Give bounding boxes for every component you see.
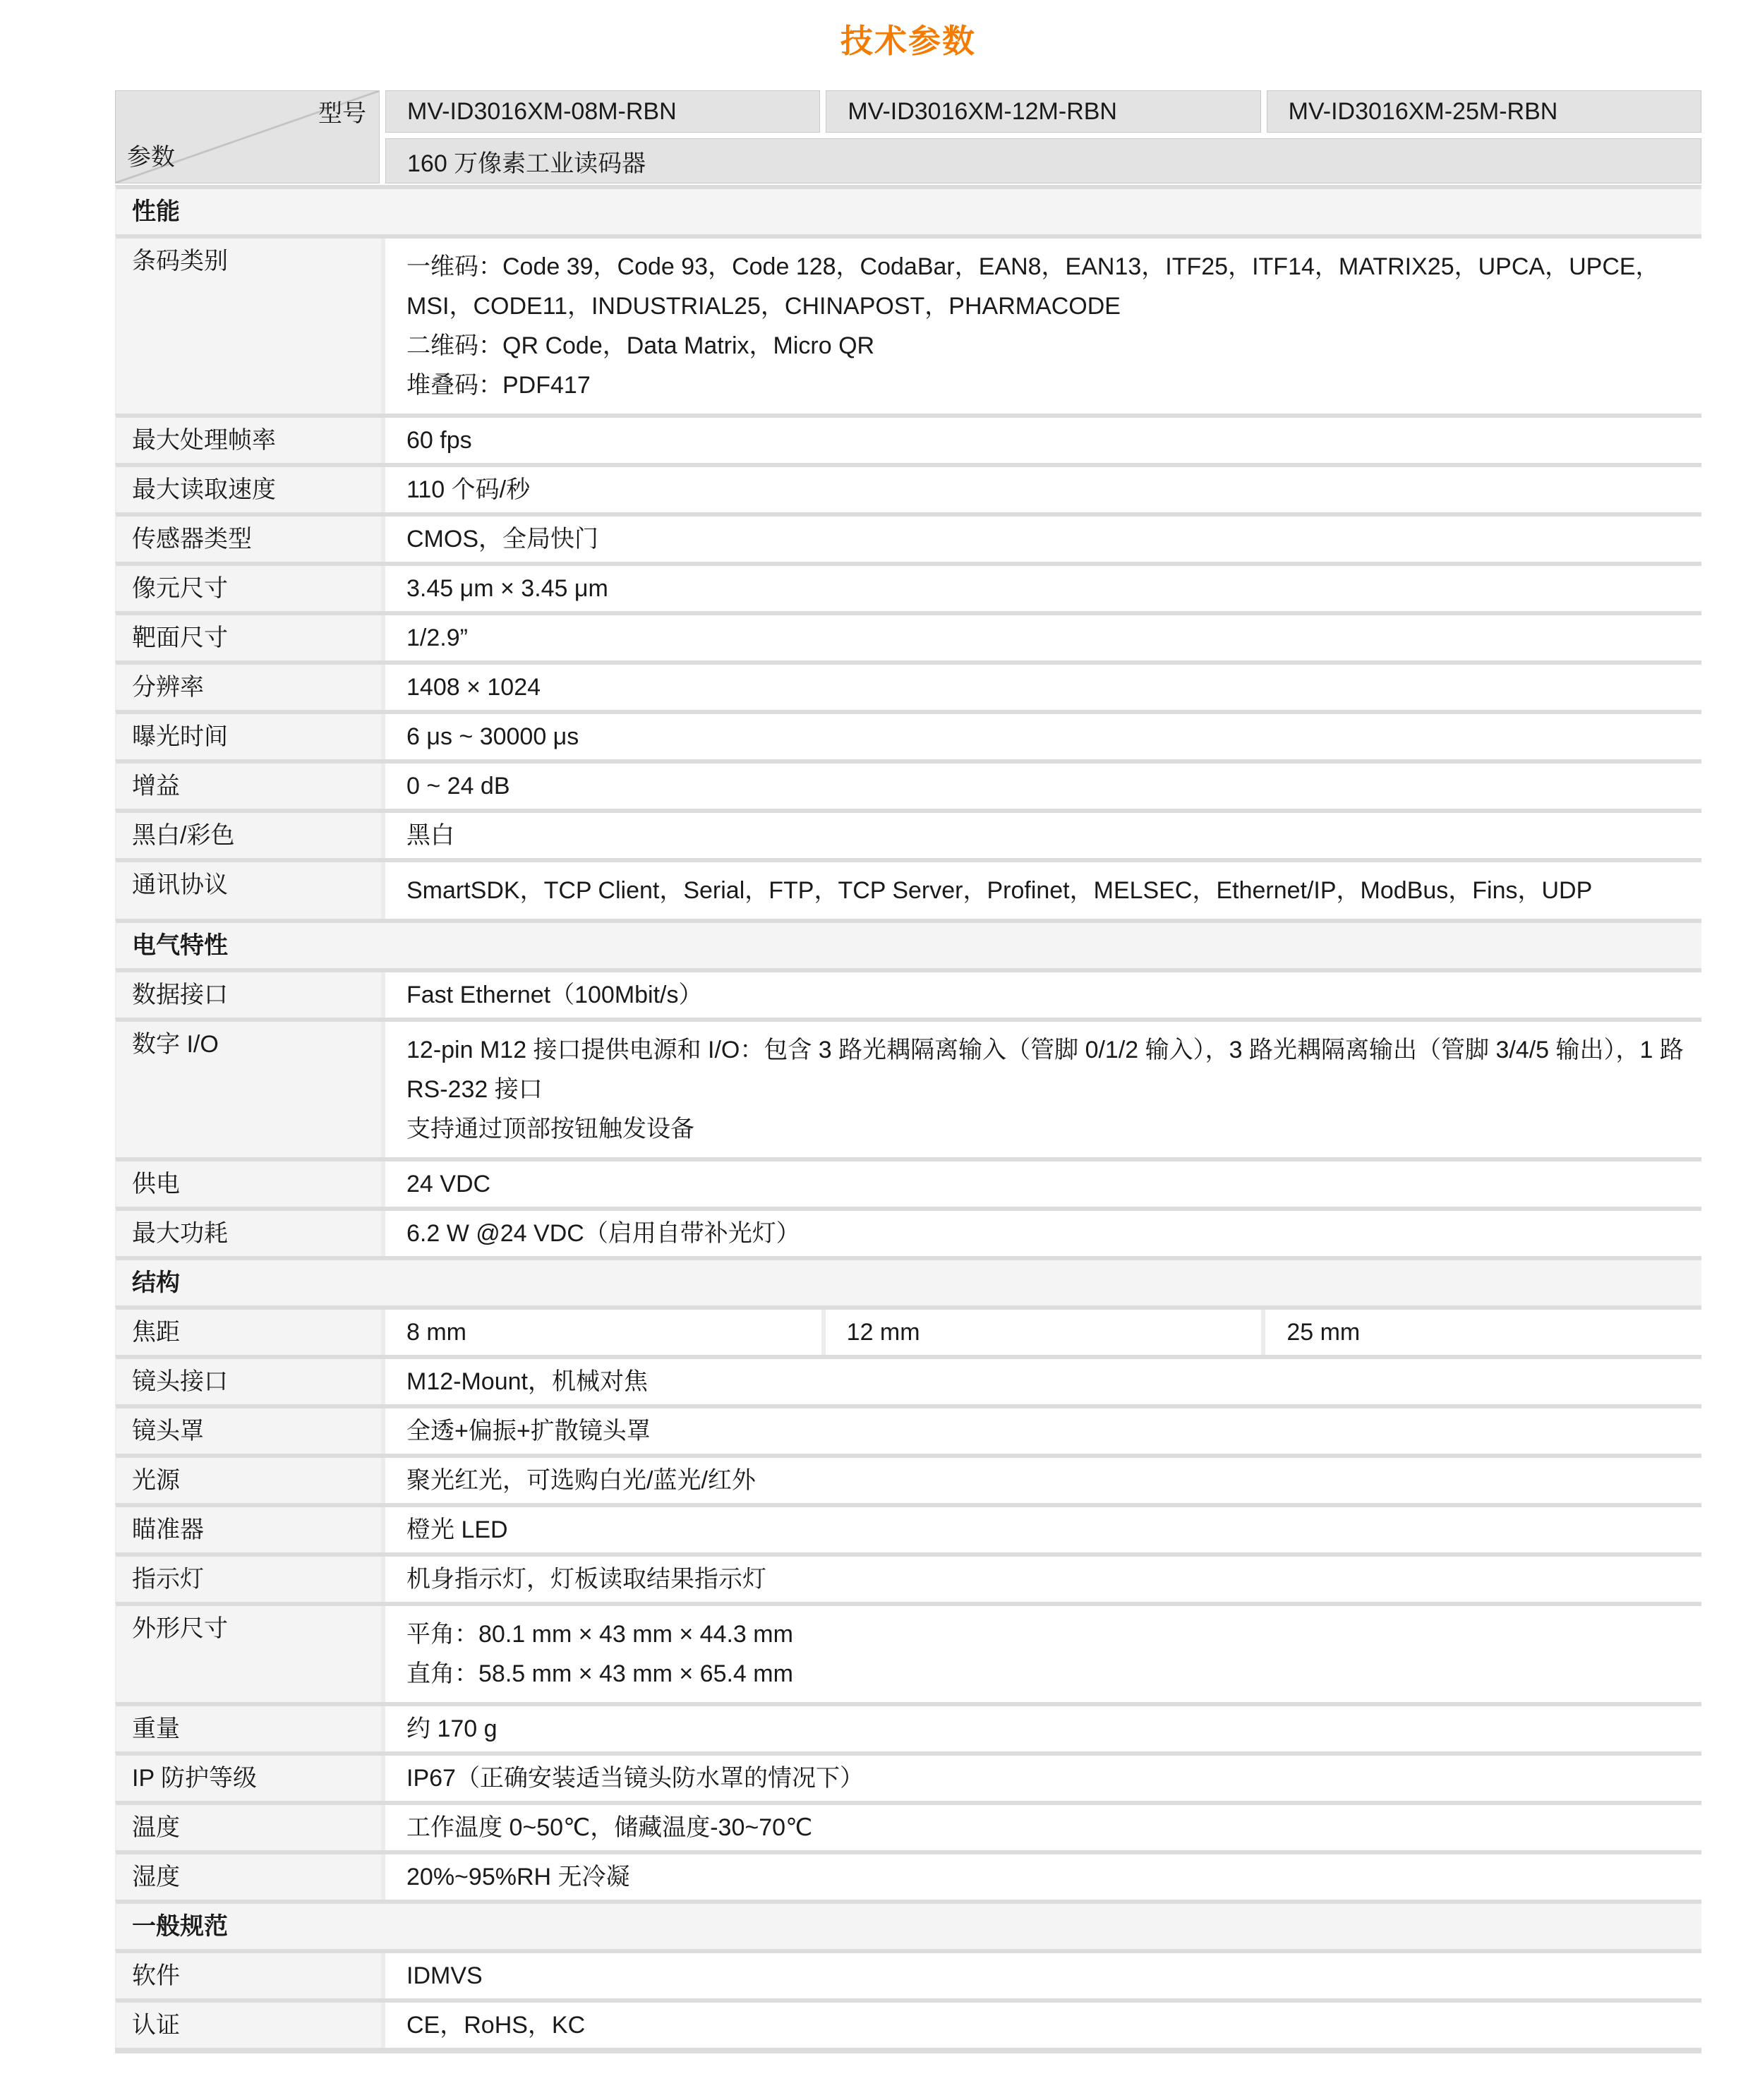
spec-row: 重量约 170 g — [115, 1702, 1701, 1751]
spec-row: 瞄准器橙光 LED — [115, 1503, 1701, 1552]
section-title: 性能 — [116, 189, 1701, 234]
value-line: 3.45 μm × 3.45 μm — [406, 574, 1684, 603]
value-line: 一维码：Code 39，Code 93，Code 128，CodaBar，EAN… — [406, 247, 1684, 326]
row-label: 靶面尺寸 — [116, 615, 381, 660]
value-cell: 平角：80.1 mm × 43 mm × 44.3 mm直角：58.5 mm ×… — [385, 1606, 1701, 1702]
spec-row: 光源聚光红光，可选购白光/蓝光/红外 — [115, 1454, 1701, 1503]
value-line: 直角：58.5 mm × 43 mm × 65.4 mm — [406, 1654, 1684, 1694]
family-description-cell: 160 万像素工业读码器 — [385, 138, 1701, 183]
value-line: CE，RoHS，KC — [406, 2011, 1684, 2039]
corner-label-param: 参数 — [127, 143, 175, 171]
row-label: 供电 — [116, 1161, 381, 1207]
value-cell: 12-pin M12 接口提供电源和 I/O：包含 3 路光耦隔离输入（管脚 0… — [385, 1022, 1701, 1157]
spec-row: 最大功耗6.2 W @24 VDC（启用自带补光灯） — [115, 1207, 1701, 1256]
value-cell: 0 ~ 24 dB — [385, 764, 1701, 809]
spec-row: 认证CE，RoHS，KC — [115, 1998, 1701, 2048]
section-row: 一般规范 — [115, 1900, 1701, 1949]
spec-row: 通讯协议SmartSDK，TCP Client，Serial，FTP，TCP S… — [115, 858, 1701, 919]
row-label: 曝光时间 — [116, 714, 381, 759]
value-cell: 机身指示灯，灯板读取结果指示灯 — [385, 1557, 1701, 1602]
spec-row: 焦距8 mm12 mm25 mm — [115, 1305, 1701, 1355]
value-line: 6.2 W @24 VDC（启用自带补光灯） — [406, 1219, 1684, 1248]
spec-row: 指示灯机身指示灯，灯板读取结果指示灯 — [115, 1552, 1701, 1602]
spec-row: 靶面尺寸1/2.9” — [115, 611, 1701, 660]
value-cell: M12-Mount，机械对焦 — [385, 1359, 1701, 1404]
row-label: 数字 I/O — [116, 1022, 381, 1157]
value-cell: 全透+偏振+扩散镜头罩 — [385, 1408, 1701, 1454]
value-cell: 6 μs ~ 30000 μs — [385, 714, 1701, 759]
value-line: 1/2.9” — [406, 624, 1684, 652]
header-right: MV-ID3016XM-08M-RBNMV-ID3016XM-12M-RBNMV… — [385, 90, 1701, 183]
value-line: 20%~95%RH 无冷凝 — [406, 1863, 1684, 1891]
value-cell: 约 170 g — [385, 1706, 1701, 1751]
spec-row: 增益0 ~ 24 dB — [115, 759, 1701, 809]
value-cell: 24 VDC — [385, 1161, 1701, 1207]
value-cell: 6.2 W @24 VDC（启用自带补光灯） — [385, 1211, 1701, 1256]
value-line: 黑白 — [406, 821, 1684, 850]
value-line: 110 个码/秒 — [406, 476, 1684, 504]
value-line: 支持通过顶部按钮触发设备 — [406, 1109, 1684, 1149]
value-cell: IDMVS — [385, 1953, 1701, 1998]
row-label: 软件 — [116, 1953, 381, 1998]
value-cell: SmartSDK，TCP Client，Serial，FTP，TCP Serve… — [385, 862, 1701, 919]
corner-cell: 型号 参数 — [115, 90, 380, 183]
row-label: 镜头接口 — [116, 1359, 381, 1404]
row-label: 镜头罩 — [116, 1408, 381, 1454]
value-line: 橙光 LED — [406, 1516, 1684, 1544]
page-title: 技术参数 — [115, 18, 1701, 64]
value-cell: Fast Ethernet（100Mbit/s） — [385, 972, 1701, 1018]
spec-row: 温度工作温度 0~50℃，储藏温度-30~70℃ — [115, 1801, 1701, 1850]
value-cell: 工作温度 0~50℃，储藏温度-30~70℃ — [385, 1805, 1701, 1850]
row-label: 重量 — [116, 1706, 381, 1751]
spec-row: 曝光时间6 μs ~ 30000 μs — [115, 710, 1701, 759]
value-cell: 黑白 — [385, 813, 1701, 858]
value-cell: CMOS，全局快门 — [385, 517, 1701, 562]
spec-row: 最大读取速度110 个码/秒 — [115, 463, 1701, 512]
value-line: 工作温度 0~50℃，储藏温度-30~70℃ — [406, 1814, 1684, 1842]
spec-row: 条码类别一维码：Code 39，Code 93，Code 128，CodaBar… — [115, 234, 1701, 414]
value-line: SmartSDK，TCP Client，Serial，FTP，TCP Serve… — [406, 871, 1684, 910]
value-line: 60 fps — [406, 426, 1684, 454]
spec-row: IP 防护等级IP67（正确安装适当镜头防水罩的情况下） — [115, 1751, 1701, 1801]
value-cell: 25 mm — [1265, 1310, 1701, 1355]
row-label: 焦距 — [116, 1310, 381, 1355]
value-cell: 3.45 μm × 3.45 μm — [385, 566, 1701, 611]
value-cell: 1/2.9” — [385, 615, 1701, 660]
model-name-cell: MV-ID3016XM-08M-RBN — [385, 90, 820, 133]
row-label: 外形尺寸 — [116, 1606, 381, 1702]
row-label: 通讯协议 — [116, 862, 381, 919]
value-line: 机身指示灯，灯板读取结果指示灯 — [406, 1565, 1684, 1593]
row-label: 增益 — [116, 764, 381, 809]
value-line: IP67（正确安装适当镜头防水罩的情况下） — [406, 1764, 1684, 1792]
value-cell: 8 mm — [385, 1310, 821, 1355]
value-cell: 110 个码/秒 — [385, 467, 1701, 512]
model-row: MV-ID3016XM-08M-RBNMV-ID3016XM-12M-RBNMV… — [385, 90, 1701, 133]
value-line: 二维码：QR Code，Data Matrix，Micro QR — [406, 326, 1684, 366]
model-name-cell: MV-ID3016XM-12M-RBN — [826, 90, 1260, 133]
value-cell: 橙光 LED — [385, 1507, 1701, 1552]
value-cell: CE，RoHS，KC — [385, 2003, 1701, 2048]
spec-row: 数据接口Fast Ethernet（100Mbit/s） — [115, 968, 1701, 1018]
value-line: 1408 × 1024 — [406, 673, 1684, 701]
model-name-cell: MV-ID3016XM-25M-RBN — [1267, 90, 1701, 133]
row-label: 条码类别 — [116, 239, 381, 414]
spec-row: 湿度20%~95%RH 无冷凝 — [115, 1850, 1701, 1900]
row-label: 数据接口 — [116, 972, 381, 1018]
spec-row: 黑白/彩色黑白 — [115, 809, 1701, 858]
spec-row: 供电24 VDC — [115, 1157, 1701, 1207]
value-line: 聚光红光，可选购白光/蓝光/红外 — [406, 1466, 1684, 1495]
row-label: 湿度 — [116, 1854, 381, 1900]
section-title: 电气特性 — [116, 923, 1701, 968]
section-title: 一般规范 — [116, 1904, 1701, 1949]
spec-row: 传感器类型CMOS，全局快门 — [115, 512, 1701, 562]
spec-page: 技术参数 型号 参数 MV-ID3016XM-08M-RBNMV-ID3016X… — [115, 0, 1701, 2053]
value-cell: 一维码：Code 39，Code 93，Code 128，CodaBar，EAN… — [385, 239, 1701, 414]
section-row: 性能 — [115, 185, 1701, 234]
row-label: 温度 — [116, 1805, 381, 1850]
value-line: 12-pin M12 接口提供电源和 I/O：包含 3 路光耦隔离输入（管脚 0… — [406, 1030, 1684, 1109]
section-title: 结构 — [116, 1260, 1701, 1305]
value-cell: IP67（正确安装适当镜头防水罩的情况下） — [385, 1756, 1701, 1801]
spec-row: 外形尺寸平角：80.1 mm × 43 mm × 44.3 mm直角：58.5 … — [115, 1602, 1701, 1702]
row-label: 传感器类型 — [116, 517, 381, 562]
value-line: 平角：80.1 mm × 43 mm × 44.3 mm — [406, 1615, 1684, 1654]
value-line: Fast Ethernet（100Mbit/s） — [406, 981, 1684, 1009]
value-line: 堆叠码：PDF417 — [406, 366, 1684, 405]
value-cell: 20%~95%RH 无冷凝 — [385, 1854, 1701, 1900]
row-label: 光源 — [116, 1458, 381, 1503]
value-cell: 聚光红光，可选购白光/蓝光/红外 — [385, 1458, 1701, 1503]
spec-row: 镜头接口M12-Mount，机械对焦 — [115, 1355, 1701, 1404]
section-row: 结构 — [115, 1256, 1701, 1305]
corner-label-model: 型号 — [318, 99, 366, 128]
value-line: IDMVS — [406, 1962, 1684, 1990]
spec-row: 软件IDMVS — [115, 1949, 1701, 1998]
spec-row: 分辨率1408 × 1024 — [115, 660, 1701, 710]
value-line: CMOS，全局快门 — [406, 525, 1684, 553]
row-label: 瞄准器 — [116, 1507, 381, 1552]
value-line: M12-Mount，机械对焦 — [406, 1368, 1684, 1396]
row-label: 最大处理帧率 — [116, 418, 381, 463]
value-line: 8 mm — [406, 1318, 804, 1346]
value-cell: 1408 × 1024 — [385, 665, 1701, 710]
value-line: 12 mm — [847, 1318, 1245, 1346]
value-line: 6 μs ~ 30000 μs — [406, 723, 1684, 751]
value-line: 全透+偏振+扩散镜头罩 — [406, 1417, 1684, 1445]
table-header: 型号 参数 MV-ID3016XM-08M-RBNMV-ID3016XM-12M… — [115, 90, 1701, 183]
spec-row: 像元尺寸3.45 μm × 3.45 μm — [115, 562, 1701, 611]
row-label: 指示灯 — [116, 1557, 381, 1602]
row-label: 最大读取速度 — [116, 467, 381, 512]
table-body: 性能条码类别一维码：Code 39，Code 93，Code 128，CodaB… — [115, 185, 1701, 2053]
spec-row: 镜头罩全透+偏振+扩散镜头罩 — [115, 1404, 1701, 1454]
row-label: 最大功耗 — [116, 1211, 381, 1256]
value-cell: 12 mm — [826, 1310, 1262, 1355]
row-label: 黑白/彩色 — [116, 813, 381, 858]
row-label: 分辨率 — [116, 665, 381, 710]
value-line: 约 170 g — [406, 1715, 1684, 1743]
value-cell: 60 fps — [385, 418, 1701, 463]
spec-row: 数字 I/O12-pin M12 接口提供电源和 I/O：包含 3 路光耦隔离输… — [115, 1018, 1701, 1157]
row-label: IP 防护等级 — [116, 1756, 381, 1801]
value-line: 0 ~ 24 dB — [406, 772, 1684, 800]
spec-row: 最大处理帧率60 fps — [115, 414, 1701, 463]
spec-table: 型号 参数 MV-ID3016XM-08M-RBNMV-ID3016XM-12M… — [115, 90, 1701, 2053]
value-line: 25 mm — [1286, 1318, 1684, 1346]
row-label: 认证 — [116, 2003, 381, 2048]
row-label: 像元尺寸 — [116, 566, 381, 611]
section-row: 电气特性 — [115, 919, 1701, 968]
value-line: 24 VDC — [406, 1170, 1684, 1198]
